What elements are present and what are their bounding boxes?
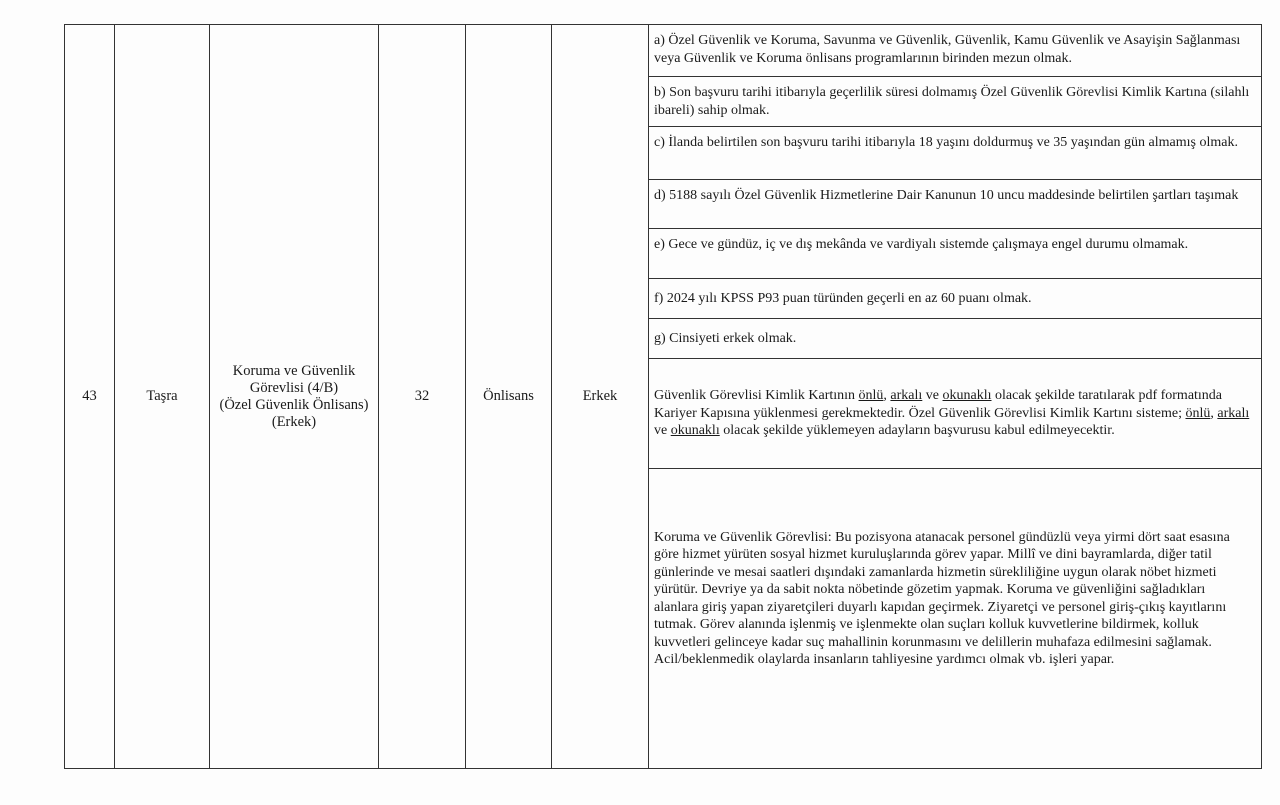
- note-text: Güvenlik Görevlisi Kimlik Kartının: [654, 388, 859, 403]
- cell-count: 32: [379, 25, 466, 768]
- note-underlined: önlü: [1185, 406, 1210, 421]
- row-number: 43: [82, 388, 97, 405]
- requirement-c: c) İlanda belirtilen son başvuru tarihi …: [649, 127, 1261, 180]
- position-table: 43 Taşra Koruma ve Güvenlik Görevlisi (4…: [64, 24, 1262, 769]
- requirements-column: a) Özel Güvenlik ve Koruma, Savunma ve G…: [649, 25, 1261, 768]
- cell-position-title: Koruma ve Güvenlik Görevlisi (4/B) (Özel…: [210, 25, 379, 768]
- position-title-line: Görevlisi (4/B): [220, 380, 369, 397]
- note-underlined: arkalı: [890, 388, 922, 403]
- job-description: Koruma ve Güvenlik Görevlisi: Bu pozisyo…: [649, 469, 1261, 768]
- requirement-g: g) Cinsiyeti erkek olmak.: [649, 319, 1261, 359]
- position-title-line: (Erkek): [220, 414, 369, 431]
- requirement-d: d) 5188 sayılı Özel Güvenlik Hizmetlerin…: [649, 180, 1261, 229]
- position-count: 32: [415, 388, 430, 405]
- position-title: Koruma ve Güvenlik Görevlisi (4/B) (Özel…: [220, 363, 369, 431]
- note-underlined: okunaklı: [671, 423, 720, 438]
- id-card-note-text: Güvenlik Görevlisi Kimlik Kartının önlü,…: [654, 387, 1251, 440]
- education-level: Önlisans: [483, 388, 534, 405]
- note-text: olacak şekilde yüklemeyen adayların başv…: [720, 423, 1115, 438]
- cell-gender: Erkek: [552, 25, 649, 768]
- requirement-b: b) Son başvuru tarihi itibarıyla geçerli…: [649, 77, 1261, 127]
- cell-location: Taşra: [115, 25, 210, 768]
- position-title-line: (Özel Güvenlik Önlisans): [220, 397, 369, 414]
- location: Taşra: [146, 388, 177, 405]
- requirement-f: f) 2024 yılı KPSS P93 puan türünden geçe…: [649, 279, 1261, 319]
- requirement-e: e) Gece ve gündüz, iç ve dış mekânda ve …: [649, 229, 1261, 279]
- note-underlined: okunaklı: [943, 388, 992, 403]
- position-title-line: Koruma ve Güvenlik: [220, 363, 369, 380]
- job-description-text: Koruma ve Güvenlik Görevlisi: Bu pozisyo…: [654, 529, 1251, 669]
- id-card-note: Güvenlik Görevlisi Kimlik Kartının önlü,…: [649, 359, 1261, 469]
- note-text: ve: [922, 388, 942, 403]
- cell-education: Önlisans: [466, 25, 552, 768]
- gender: Erkek: [583, 388, 618, 405]
- note-text: ve: [654, 423, 671, 438]
- note-underlined: arkalı: [1217, 406, 1249, 421]
- note-underlined: önlü: [859, 388, 884, 403]
- cell-row-number: 43: [65, 25, 115, 768]
- requirement-a: a) Özel Güvenlik ve Koruma, Savunma ve G…: [649, 25, 1261, 77]
